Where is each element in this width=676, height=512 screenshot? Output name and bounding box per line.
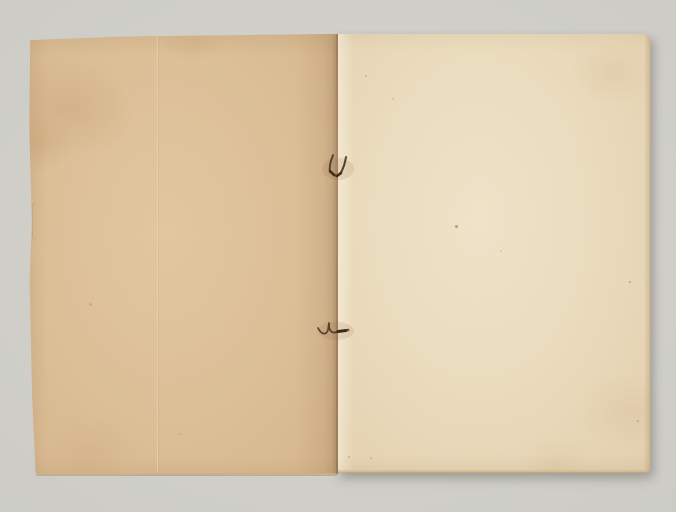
foxing-speck xyxy=(455,225,458,228)
center-fold xyxy=(336,34,338,474)
foxing-speck xyxy=(629,281,631,283)
left-edge-indent-mark xyxy=(32,203,36,239)
page-stack-edge xyxy=(36,473,337,476)
left-page xyxy=(29,33,338,475)
foxing-speck xyxy=(370,457,372,459)
left-page-crease xyxy=(157,36,159,472)
staple-bottom-icon xyxy=(313,315,359,345)
right-page xyxy=(338,34,650,472)
foxing-speck xyxy=(179,433,181,435)
photo-background xyxy=(0,0,676,512)
staple-bottom xyxy=(313,315,359,345)
fold-shadow xyxy=(322,34,336,474)
staple-top-icon xyxy=(317,149,359,185)
page-stack-edge xyxy=(338,470,648,473)
foxing-speck xyxy=(637,420,639,422)
foxing-speck xyxy=(392,98,394,100)
foxing-speck xyxy=(348,456,350,458)
foxing-speck xyxy=(89,303,92,306)
staple-top xyxy=(317,149,359,185)
foxing-speck xyxy=(500,250,502,252)
foxing-speck xyxy=(365,75,367,77)
